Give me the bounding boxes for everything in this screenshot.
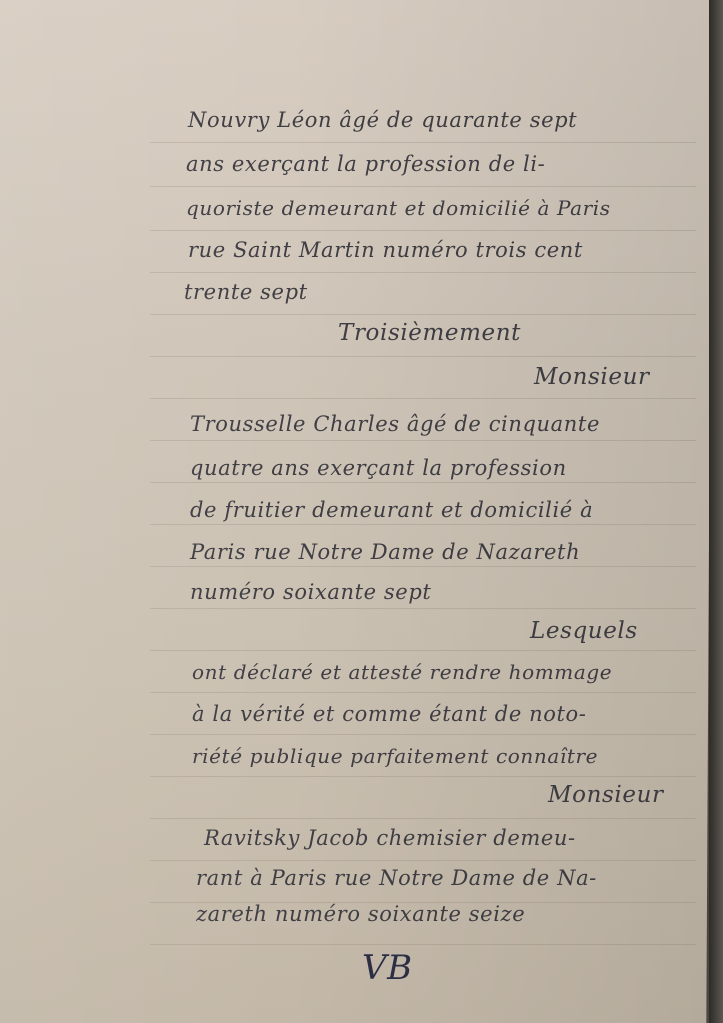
ruled-line [150,524,696,525]
text-line: de fruitier demeurant et domicilié à [190,498,593,522]
salutation: Monsieur [548,782,664,808]
ruled-line [150,734,696,735]
ruled-line [150,186,696,187]
text-line: rue Saint Martin numéro trois cent [188,238,583,262]
ruled-line [150,440,696,441]
initials-signature: VB [362,948,413,988]
text-line: quatre ans exerçant la profession [190,456,567,480]
text-line: Nouvry Léon âgé de quarante sept [188,108,577,132]
section-heading: Troisièmement [338,320,521,346]
manuscript-page: Nouvry Léon âgé de quarante sept ans exe… [0,0,712,1023]
ruled-line [150,566,696,567]
text-line: numéro soixante sept [190,580,431,604]
text-line: ans exerçant la profession de li- [186,152,545,176]
ruled-line [150,356,696,357]
ruled-line [150,272,696,273]
ruled-line [150,692,696,693]
ruled-line [150,314,696,315]
text-line: Paris rue Notre Dame de Nazareth [190,540,580,564]
ruled-line [150,902,696,903]
ruled-line [150,482,696,483]
text-line: à la vérité et comme étant de noto- [192,702,587,726]
text-line: trente sept [184,280,308,304]
ruled-line [150,650,696,651]
ruled-line [150,860,696,861]
ruled-line [150,818,696,819]
text-line: ont déclaré et attesté rendre hommage [192,660,612,684]
ruled-line [150,944,696,945]
ruled-line [150,398,696,399]
ruled-line [150,608,696,609]
ruled-line [150,142,696,143]
salutation: Monsieur [534,364,650,390]
page-edge-shadow [709,0,723,1023]
text-line: quoriste demeurant et domicilié à Paris [186,196,611,220]
text-line: Trousselle Charles âgé de cinquante [190,412,600,436]
text-line: riété publique parfaitement connaître [192,744,598,768]
ruled-line [150,776,696,777]
text-line: rant à Paris rue Notre Dame de Na- [196,866,597,890]
text-line: zareth numéro soixante seize [196,902,525,926]
ruled-line [150,230,696,231]
text-line: Ravitsky Jacob chemisier demeu- [204,826,576,850]
salutation: Lesquels [530,618,638,644]
